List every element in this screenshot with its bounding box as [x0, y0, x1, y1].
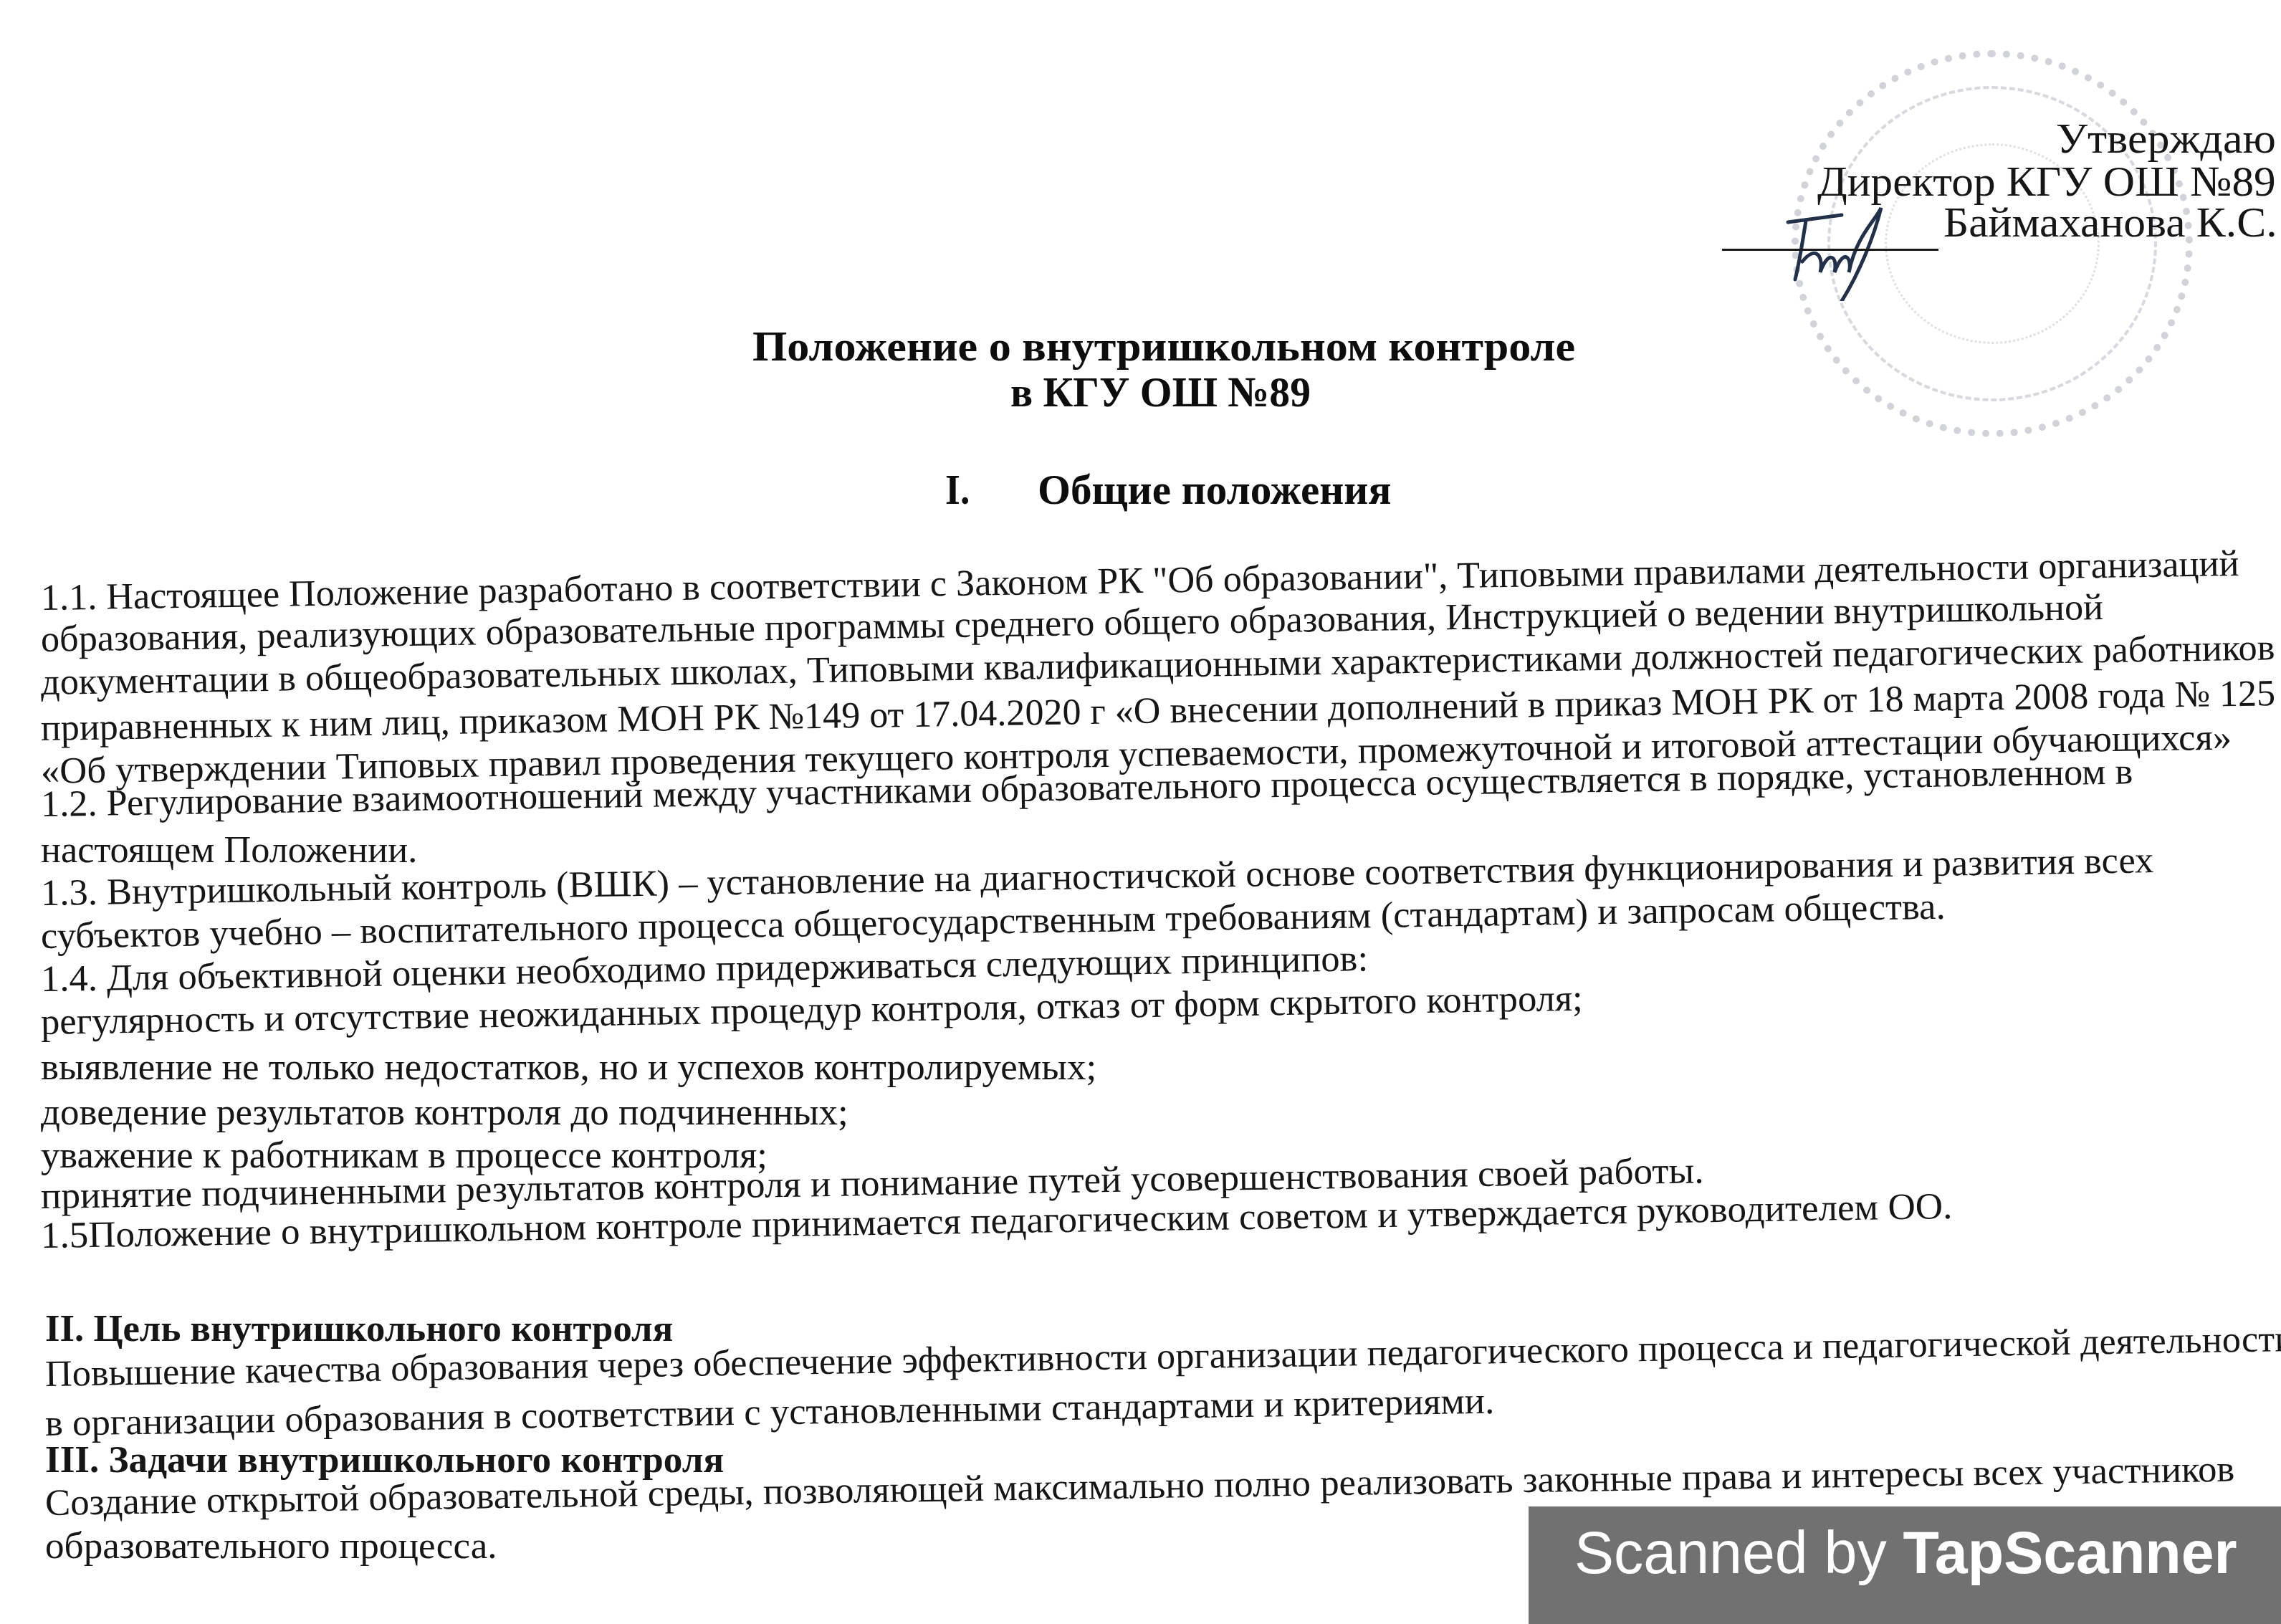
section-2-heading: II. Цель внутришкольного контроля [45, 1311, 673, 1348]
paragraph-1-2-line: настоящем Положении. [41, 832, 417, 869]
watermark-brand: TapScanner [1903, 1519, 2237, 1586]
principle-item: доведение результатов контроля до подчин… [41, 1094, 848, 1132]
signature-line [1722, 249, 1938, 251]
section-1-number: I. [945, 468, 970, 511]
watermark-text: Scanned by TapScanner [1574, 1522, 2237, 1582]
approval-signatory: Баймаханова К.С. [1943, 201, 2277, 244]
approval-label: Утверждаю [2056, 117, 2276, 160]
scanned-document-page: Утверждаю Директор КГУ ОШ №89 Баймаханов… [0, 0, 2281, 1624]
section-2-line: в организации образования в соответствии… [45, 1383, 1495, 1443]
document-title: Положение о внутришкольном контроле [752, 325, 1575, 368]
section-1-heading: Общие положения [1038, 468, 1391, 511]
document-subtitle: в КГУ ОШ №89 [1010, 371, 1311, 414]
approval-position: Директор КГУ ОШ №89 [1817, 160, 2276, 203]
scanner-watermark: Scanned by TapScanner [1529, 1506, 2281, 1624]
principle-item: выявление не только недостатков, но и ус… [41, 1049, 1096, 1086]
section-3-line: образовательного процесса. [45, 1528, 497, 1565]
watermark-prefix: Scanned by [1574, 1519, 1903, 1586]
signature-icon [1774, 194, 1917, 301]
